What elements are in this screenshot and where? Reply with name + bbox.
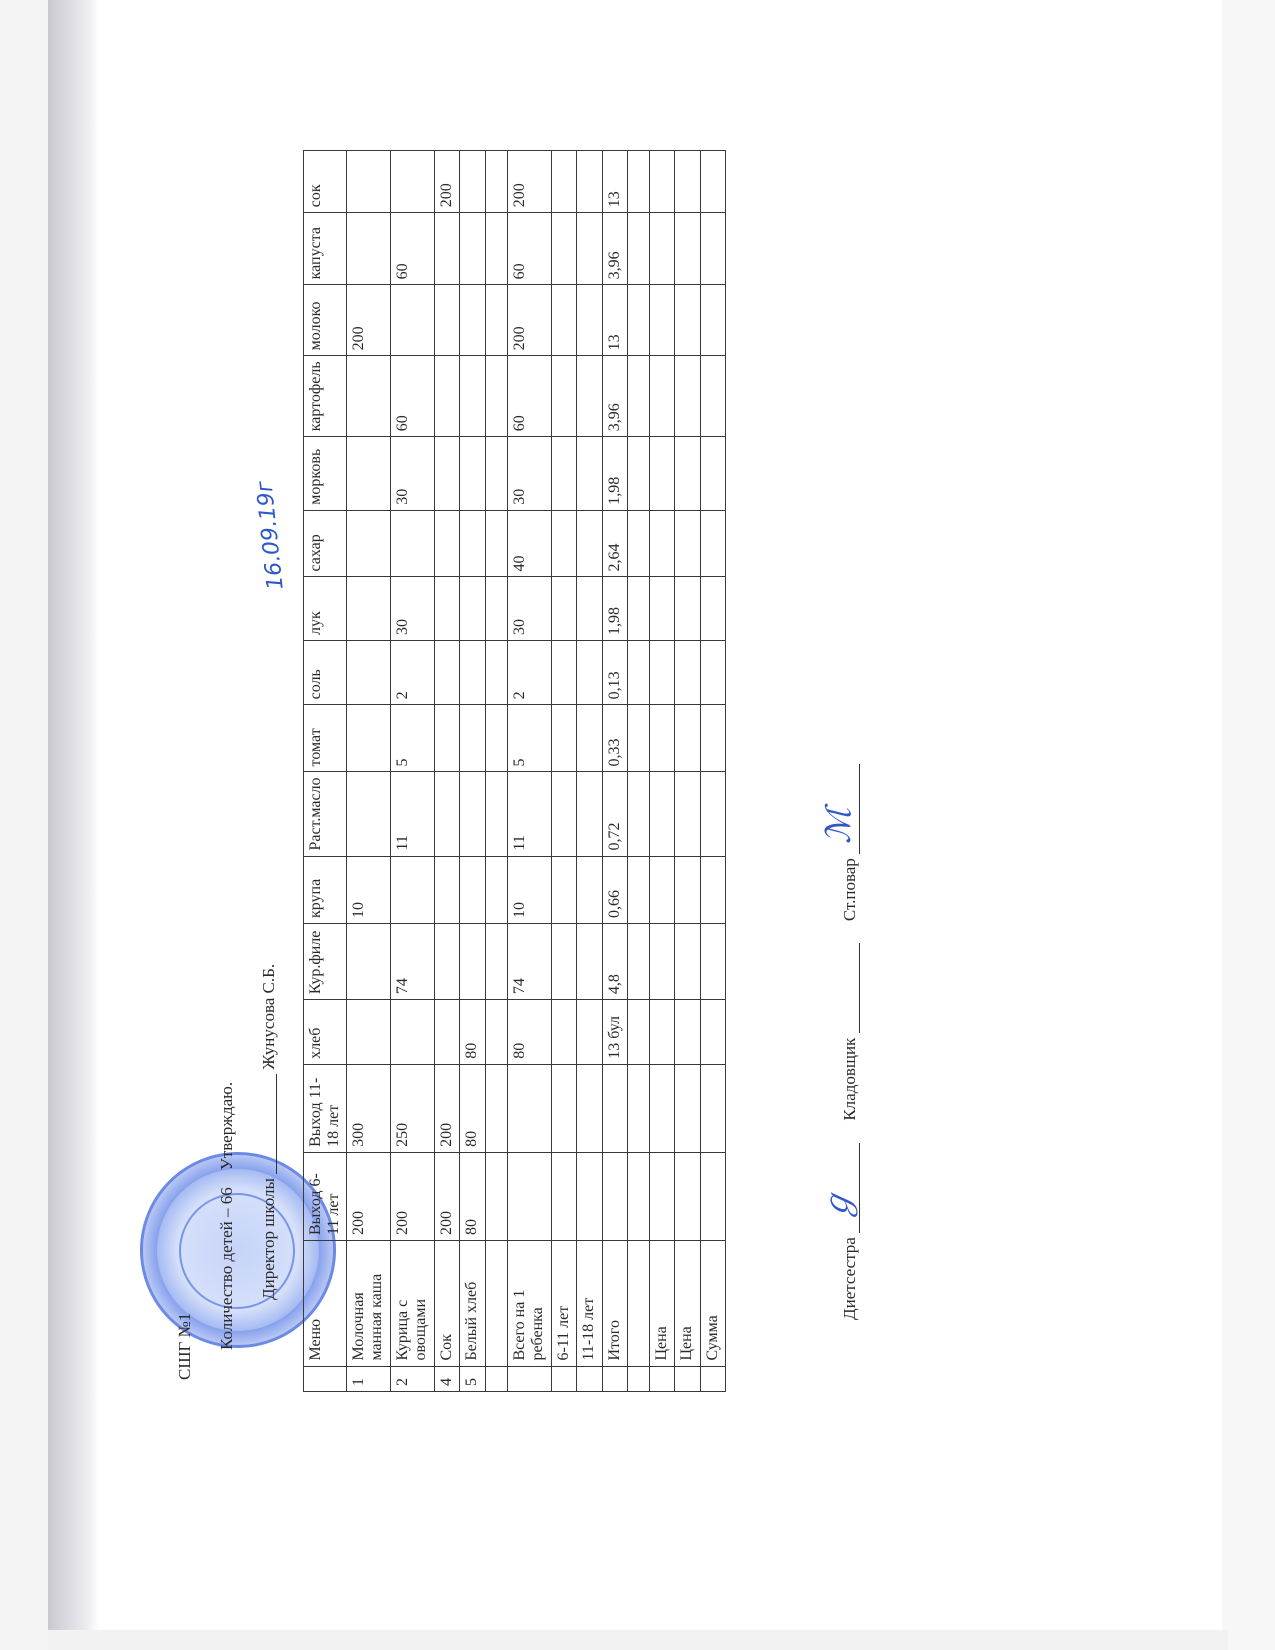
table-cell: [649, 285, 674, 356]
row-label: 6-11 лет: [551, 1240, 576, 1366]
table-cell: [675, 213, 700, 285]
header-cell-number: [304, 1366, 347, 1391]
table-cell: 1,98: [602, 437, 627, 510]
table-cell: 80: [460, 1064, 485, 1152]
row-label: Сок: [435, 1240, 460, 1366]
table-cell: [577, 577, 602, 641]
row-number: 4: [435, 1366, 460, 1391]
table-cell: [649, 577, 674, 641]
table-cell: [460, 577, 485, 641]
table-row: 4Сок200200200: [435, 151, 460, 1392]
table-cell: [627, 285, 649, 356]
table-cell: [435, 705, 460, 772]
table-cell: [675, 772, 700, 856]
table-cell: [675, 641, 700, 705]
table-cell: [649, 1000, 674, 1065]
table-cell: 30: [507, 437, 551, 510]
table-cell: [700, 772, 725, 856]
table-cell: [700, 285, 725, 356]
table-cell: [649, 356, 674, 437]
row-number: 2: [391, 1366, 435, 1391]
table-cell: [460, 356, 485, 437]
table-cell: 10: [347, 856, 391, 924]
table-cell: [551, 705, 576, 772]
table-cell: 300: [347, 1064, 391, 1152]
table-cell: [551, 772, 576, 856]
table-body: 1Молочная манная каша200300102002Курица …: [347, 151, 726, 1392]
row-label: Курица с овощами: [391, 1240, 435, 1366]
table-cell: [675, 437, 700, 510]
table-cell: [435, 285, 460, 356]
chef-signature: Ст.повар ℳ: [840, 764, 860, 921]
director-signature-line: [262, 1074, 277, 1174]
table-cell: 80: [460, 1152, 485, 1240]
table-cell: [347, 510, 391, 577]
table-cell: 30: [391, 437, 435, 510]
table-cell: 30: [391, 577, 435, 641]
table-cell: [435, 213, 460, 285]
table-cell: [627, 924, 649, 1000]
table-cell: [347, 577, 391, 641]
table-row: Итого13 бул4,80,660,720,330,131,982,641,…: [602, 151, 627, 1392]
row-label: [627, 1240, 649, 1366]
row-number: 1: [347, 1366, 391, 1391]
table-cell: 74: [391, 924, 435, 1000]
table-cell: 13 бул: [602, 1000, 627, 1065]
signature-scribble: ℊ: [810, 1189, 859, 1223]
table-cell: 5: [507, 705, 551, 772]
table-cell: [700, 924, 725, 1000]
table-cell: [700, 1000, 725, 1065]
table-row: 5Белый хлеб808080: [460, 151, 485, 1392]
approve-label: Утверждаю.: [217, 1082, 236, 1170]
table-cell: [347, 213, 391, 285]
table-cell: [577, 1000, 602, 1065]
table-cell: [391, 1000, 435, 1065]
header-cell: Выход 11-18 лет: [304, 1064, 347, 1152]
row-label: Всего на 1 ребенка: [507, 1240, 551, 1366]
row-label: Цена: [675, 1240, 700, 1366]
header-cell: Выход 6-11 лет: [304, 1152, 347, 1240]
table-cell: [577, 1152, 602, 1240]
table-cell: [675, 1064, 700, 1152]
table-cell: 0,72: [602, 772, 627, 856]
table-row: Цена: [675, 151, 700, 1392]
table-cell: [627, 356, 649, 437]
table-cell: [347, 924, 391, 1000]
table-cell: [485, 1152, 507, 1240]
table-cell: 2: [507, 641, 551, 705]
table-cell: [485, 577, 507, 641]
signature-scribble: ℳ: [819, 808, 859, 844]
row-number: 5: [460, 1366, 485, 1391]
table-cell: [700, 510, 725, 577]
table-cell: [675, 1000, 700, 1065]
table-cell: 2,64: [602, 510, 627, 577]
table-cell: [460, 705, 485, 772]
table-cell: [391, 510, 435, 577]
table-cell: [551, 356, 576, 437]
table-cell: [700, 1064, 725, 1152]
table-cell: [347, 1000, 391, 1065]
table-cell: [577, 437, 602, 510]
dietitian-signature-line: ℊ: [845, 1143, 860, 1233]
table-cell: [649, 856, 674, 924]
header-cell: морковь: [304, 437, 347, 510]
row-label: Итого: [602, 1240, 627, 1366]
header-cell: капуста: [304, 213, 347, 285]
table-cell: [485, 285, 507, 356]
header-cell: соль: [304, 641, 347, 705]
table-cell: [700, 1152, 725, 1240]
table-cell: 74: [507, 924, 551, 1000]
table-cell: [577, 772, 602, 856]
table-cell: [675, 705, 700, 772]
table-cell: [485, 213, 507, 285]
table-cell: [675, 577, 700, 641]
table-cell: [700, 356, 725, 437]
table-cell: [577, 151, 602, 213]
table-cell: 0,33: [602, 705, 627, 772]
table-cell: [627, 1152, 649, 1240]
table-cell: 30: [507, 577, 551, 641]
table-cell: [627, 213, 649, 285]
table-cell: 0,66: [602, 856, 627, 924]
table-cell: [675, 356, 700, 437]
rotated-document-content: СШГ №1 Количество детей – 66 Утверждаю. …: [150, 150, 910, 1410]
row-label: Молочная манная каша: [347, 1240, 391, 1366]
header-cell: сок: [304, 151, 347, 213]
table-cell: 80: [460, 1000, 485, 1065]
row-number: [485, 1366, 507, 1391]
table-cell: [435, 641, 460, 705]
table-cell: [700, 437, 725, 510]
header-cell: крупа: [304, 856, 347, 924]
table-cell: [577, 641, 602, 705]
table-cell: 60: [507, 356, 551, 437]
table-cell: 200: [347, 285, 391, 356]
table-cell: [649, 510, 674, 577]
table-cell: [577, 705, 602, 772]
header-cell: Кур.филе: [304, 924, 347, 1000]
table-cell: [347, 356, 391, 437]
chef-signature-line: ℳ: [845, 764, 860, 854]
table-cell: [649, 151, 674, 213]
table-cell: [485, 1000, 507, 1065]
table-cell: [577, 285, 602, 356]
table-row: 11-18 лет: [577, 151, 602, 1392]
table-cell: [507, 1152, 551, 1240]
table-cell: 2: [391, 641, 435, 705]
table-cell: [551, 577, 576, 641]
table-cell: [700, 213, 725, 285]
table-cell: 11: [507, 772, 551, 856]
table-cell: [551, 1152, 576, 1240]
table-cell: [675, 510, 700, 577]
school-name: СШГ №1: [176, 1313, 193, 1380]
row-label: 11-18 лет: [577, 1240, 602, 1366]
row-number: [551, 1366, 576, 1391]
table-cell: [577, 856, 602, 924]
table-cell: [649, 213, 674, 285]
table-cell: [627, 772, 649, 856]
table-cell: [649, 705, 674, 772]
row-label: [485, 1240, 507, 1366]
table-cell: [551, 856, 576, 924]
table-cell: [675, 1152, 700, 1240]
table-cell: [627, 641, 649, 705]
row-label: Цена: [649, 1240, 674, 1366]
row-number: [602, 1366, 627, 1391]
table-cell: [347, 437, 391, 510]
menu-table: МенюВыход 6-11 летВыход 11-18 летхлебКур…: [303, 150, 726, 1392]
table-cell: 60: [391, 213, 435, 285]
table-cell: [627, 1000, 649, 1065]
table-cell: [435, 856, 460, 924]
table-cell: [460, 772, 485, 856]
scan-right-edge: [1222, 0, 1275, 1650]
handwritten-date: 16.09.19г: [252, 479, 288, 591]
storekeeper-signature-line: [845, 943, 860, 1033]
row-label: Белый хлеб: [460, 1240, 485, 1366]
table-row: 1Молочная манная каша20030010200: [347, 151, 391, 1392]
table-cell: 200: [435, 151, 460, 213]
table-cell: [485, 924, 507, 1000]
table-cell: [551, 285, 576, 356]
table-cell: 11: [391, 772, 435, 856]
children-count-value: 66: [217, 1187, 236, 1204]
table-cell: [627, 577, 649, 641]
table-cell: [627, 510, 649, 577]
scan-shadow: [48, 0, 100, 1650]
table-cell: [460, 641, 485, 705]
chef-label: Ст.повар: [840, 858, 859, 921]
table-cell: [485, 510, 507, 577]
children-count-label: Количество детей: [217, 1221, 236, 1350]
table-cell: [602, 1152, 627, 1240]
header-cell: молоко: [304, 285, 347, 356]
table-cell: 13: [602, 285, 627, 356]
table-cell: [485, 705, 507, 772]
table-cell: [391, 856, 435, 924]
table-cell: [460, 924, 485, 1000]
table-cell: 13: [602, 151, 627, 213]
table-cell: [627, 437, 649, 510]
table-cell: [391, 285, 435, 356]
table-cell: [507, 1064, 551, 1152]
table-cell: [460, 213, 485, 285]
table-cell: [649, 924, 674, 1000]
dietitian-signature: Диетсестра ℊ: [840, 1143, 860, 1320]
table-cell: [649, 772, 674, 856]
table-cell: 3,96: [602, 213, 627, 285]
storekeeper-signature: Кладовщик: [840, 943, 860, 1120]
table-cell: [485, 437, 507, 510]
table-cell: [391, 151, 435, 213]
director-name: Жунусова С.Б.: [259, 964, 278, 1070]
table-cell: [347, 641, 391, 705]
table-cell: [435, 772, 460, 856]
table-cell: [485, 641, 507, 705]
table-cell: 200: [507, 151, 551, 213]
header-cell: картофель: [304, 356, 347, 437]
table-cell: [649, 437, 674, 510]
table-cell: 1,98: [602, 577, 627, 641]
director-line: Директор школы Жунусова С.Б.: [260, 964, 277, 1300]
director-label: Директор школы: [259, 1178, 278, 1300]
table-cell: [700, 856, 725, 924]
table-cell: [551, 1064, 576, 1152]
table-cell: [551, 437, 576, 510]
table-cell: [649, 1152, 674, 1240]
storekeeper-label: Кладовщик: [840, 1038, 859, 1121]
table-cell: [485, 772, 507, 856]
table-cell: 3,96: [602, 356, 627, 437]
table-cell: [675, 856, 700, 924]
table-cell: [435, 356, 460, 437]
table-cell: 250: [391, 1064, 435, 1152]
table-cell: [460, 285, 485, 356]
table-cell: 200: [435, 1152, 460, 1240]
table-cell: [577, 924, 602, 1000]
row-label: Сумма: [700, 1240, 725, 1366]
header-cell: лук: [304, 577, 347, 641]
table-cell: [551, 641, 576, 705]
table-cell: [627, 705, 649, 772]
table-cell: [485, 356, 507, 437]
table-cell: [700, 705, 725, 772]
table-row: [627, 151, 649, 1392]
row-number: [577, 1366, 602, 1391]
table-cell: [577, 1064, 602, 1152]
header-cell: Раст.масло: [304, 772, 347, 856]
table-cell: [577, 213, 602, 285]
table-cell: [460, 856, 485, 924]
table-cell: [347, 151, 391, 213]
table-cell: [460, 437, 485, 510]
table-cell: [551, 151, 576, 213]
table-cell: [602, 1064, 627, 1152]
table-cell: 5: [391, 705, 435, 772]
table-cell: [435, 577, 460, 641]
table-cell: 200: [507, 285, 551, 356]
table-cell: [627, 1064, 649, 1152]
row-number: [675, 1366, 700, 1391]
header-cell: хлеб: [304, 1000, 347, 1065]
table-row: [485, 151, 507, 1392]
row-number: [627, 1366, 649, 1391]
table-cell: [675, 924, 700, 1000]
table-cell: [675, 151, 700, 213]
table-cell: [435, 510, 460, 577]
table-cell: [649, 1064, 674, 1152]
table-cell: [700, 641, 725, 705]
table-cell: 10: [507, 856, 551, 924]
header-cell: томат: [304, 705, 347, 772]
table-cell: [347, 772, 391, 856]
table-cell: 200: [391, 1152, 435, 1240]
table-row: Цена: [649, 151, 674, 1392]
table-cell: [485, 856, 507, 924]
table-header-row: МенюВыход 6-11 летВыход 11-18 летхлебКур…: [304, 151, 347, 1392]
header-cell: сахар: [304, 510, 347, 577]
scan-left-margin: [0, 0, 48, 1650]
header-cell: Меню: [304, 1240, 347, 1366]
table-row: Сумма: [700, 151, 725, 1392]
table-cell: [551, 1000, 576, 1065]
table-cell: [700, 151, 725, 213]
table-cell: [435, 1000, 460, 1065]
table-row: 6-11 лет: [551, 151, 576, 1392]
table-cell: [347, 705, 391, 772]
table-cell: [460, 151, 485, 213]
table-cell: 60: [507, 213, 551, 285]
table-cell: [627, 856, 649, 924]
table-row: 2Курица с овощами20025074115230306060: [391, 151, 435, 1392]
table-cell: 60: [391, 356, 435, 437]
scan-bottom-edge: [48, 1630, 1228, 1650]
table-cell: [551, 924, 576, 1000]
table-cell: [675, 285, 700, 356]
children-count-line: Количество детей – 66 Утверждаю.: [218, 1082, 235, 1350]
row-number: [649, 1366, 674, 1391]
table-cell: [485, 151, 507, 213]
table-cell: [577, 356, 602, 437]
row-number: [507, 1366, 551, 1391]
table-cell: [627, 151, 649, 213]
table-cell: [460, 510, 485, 577]
table-cell: 4,8: [602, 924, 627, 1000]
table-cell: [700, 577, 725, 641]
table-cell: 200: [435, 1064, 460, 1152]
table-cell: [485, 1064, 507, 1152]
dietitian-label: Диетсестра: [840, 1237, 859, 1320]
table-cell: 80: [507, 1000, 551, 1065]
table-cell: [551, 510, 576, 577]
table-row: Всего на 1 ребенка8074101152304030602006…: [507, 151, 551, 1392]
signatures-line: Диетсестра ℊ Кладовщик Ст.повар ℳ: [840, 746, 860, 1320]
table-cell: 200: [347, 1152, 391, 1240]
table-cell: [435, 924, 460, 1000]
table-cell: 0,13: [602, 641, 627, 705]
table-cell: 40: [507, 510, 551, 577]
table-cell: [551, 213, 576, 285]
table-cell: [435, 437, 460, 510]
row-number: [700, 1366, 725, 1391]
table-cell: [577, 510, 602, 577]
table-cell: [649, 641, 674, 705]
